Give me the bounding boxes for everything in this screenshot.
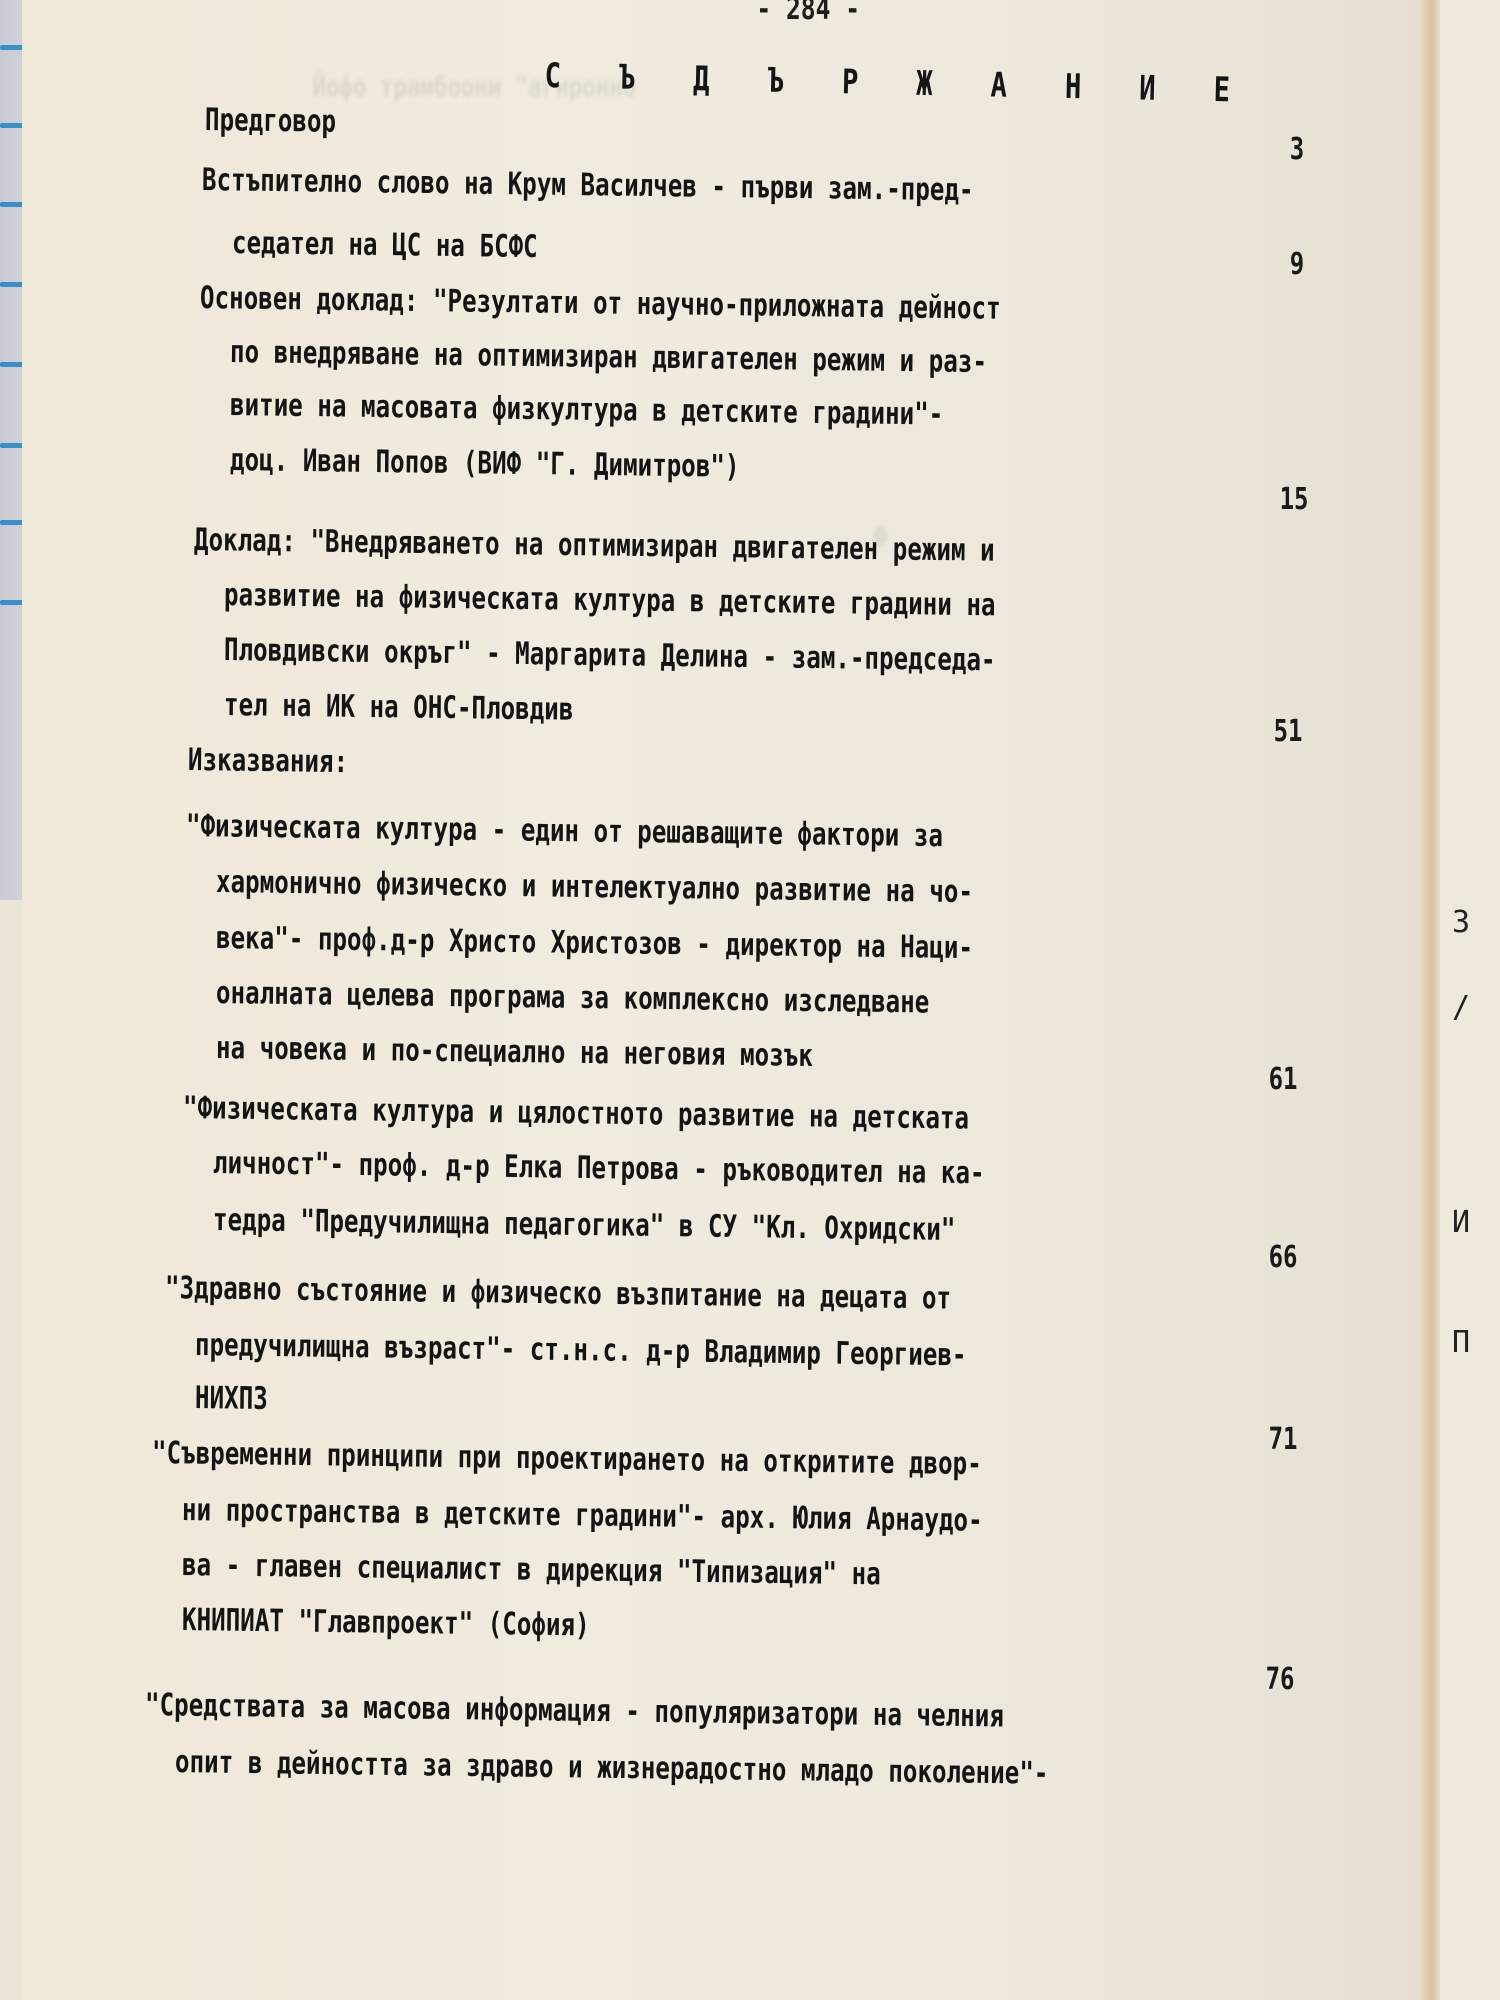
- toc-entry-line: ни пространства в детските градини"- арх…: [182, 1492, 983, 1539]
- toc-entry-line: тедра "Предучилищна педагогика" в СУ "Кл…: [213, 1202, 956, 1248]
- toc-page-number: 3: [1290, 132, 1304, 167]
- toc-page-number: 15: [1280, 482, 1309, 517]
- toc-page-number: 51: [1274, 714, 1303, 749]
- toc-entry-line: Предговор: [205, 102, 336, 140]
- adjacent-page: 3 / И П: [1440, 0, 1500, 2000]
- toc-entry-line: по внедряване на оптимизиран двигателен …: [230, 334, 987, 380]
- toc-entry-line: "Физическата култура - един от решаващит…: [186, 808, 943, 854]
- toc-entry-line: ва - главен специалист в дирекция "Типиз…: [182, 1547, 881, 1592]
- toc-entry-line: витие на масовата физкултура в детските …: [230, 387, 944, 433]
- adjacent-glyph: И: [1452, 1205, 1470, 1240]
- toc-entry-line: седател на ЦС на БСФС: [232, 225, 538, 265]
- toc-entry-line: "Физическата култура и цялостното развит…: [183, 1090, 969, 1137]
- toc-entry-line: Встъпително слово на Крум Василчев - пър…: [202, 162, 974, 208]
- toc-entry-line: Основен доклад: "Резултати от научно-при…: [200, 280, 1001, 327]
- toc-entry-line: опит в дейността за здраво и жизнерадост…: [175, 1744, 1049, 1792]
- toc-entry-line: хармонично физическо и интелектуално раз…: [216, 864, 973, 910]
- toc-page-number: 71: [1269, 1422, 1298, 1457]
- toc-page-number: 76: [1266, 1662, 1295, 1697]
- toc-page-number: 61: [1269, 1062, 1298, 1097]
- adjacent-glyph: П: [1452, 1325, 1470, 1360]
- toc-entry-line: "Съвременни принципи при проектирането н…: [152, 1435, 982, 1482]
- toc-entry-line: развитие на физическата култура в детски…: [224, 577, 996, 623]
- adjacent-glyph: 3: [1452, 905, 1470, 940]
- toc-entry-line: века"- проф.д-р Христо Христозов - дирек…: [216, 920, 973, 966]
- toc-entry-line: личност"- проф. д-р Елка Петрова - ръков…: [213, 1145, 985, 1191]
- toc-entry-line: предучилищна възраст"- ст.н.с. д-р Влади…: [195, 1327, 967, 1373]
- toc-entry-line: Изказвания:: [188, 742, 348, 780]
- toc-entry-line: "Здравно състояние и физическо възпитани…: [165, 1270, 951, 1317]
- toc-entry-line: оналната целева програма за комплексно и…: [216, 975, 930, 1021]
- table-of-contents: Предговор3Встъпително слово на Крум Васи…: [0, 0, 1440, 2000]
- toc-entry-line: КНИПИАТ "Главпроект" (София): [182, 1602, 590, 1643]
- toc-page-number: 66: [1269, 1240, 1298, 1275]
- toc-entry-line: Доклад: "Внедряването на оптимизиран дви…: [194, 522, 995, 569]
- toc-entry-line: доц. Иван Попов (ВИФ "Г. Димитров"): [230, 442, 740, 485]
- toc-entry-line: тел на ИК на ОНС-Пловдив: [224, 687, 574, 728]
- toc-page-number: 9: [1290, 247, 1304, 282]
- toc-entry-line: НИХПЗ: [195, 1380, 268, 1417]
- toc-entry-line: Пловдивски окръг" - Маргарита Делина - з…: [224, 632, 996, 678]
- toc-entry-line: на човека и по-специално на неговия мозъ…: [216, 1030, 813, 1074]
- adjacent-glyph: /: [1452, 990, 1470, 1025]
- toc-entry-line: "Средствата за масова информация - попул…: [145, 1687, 1004, 1735]
